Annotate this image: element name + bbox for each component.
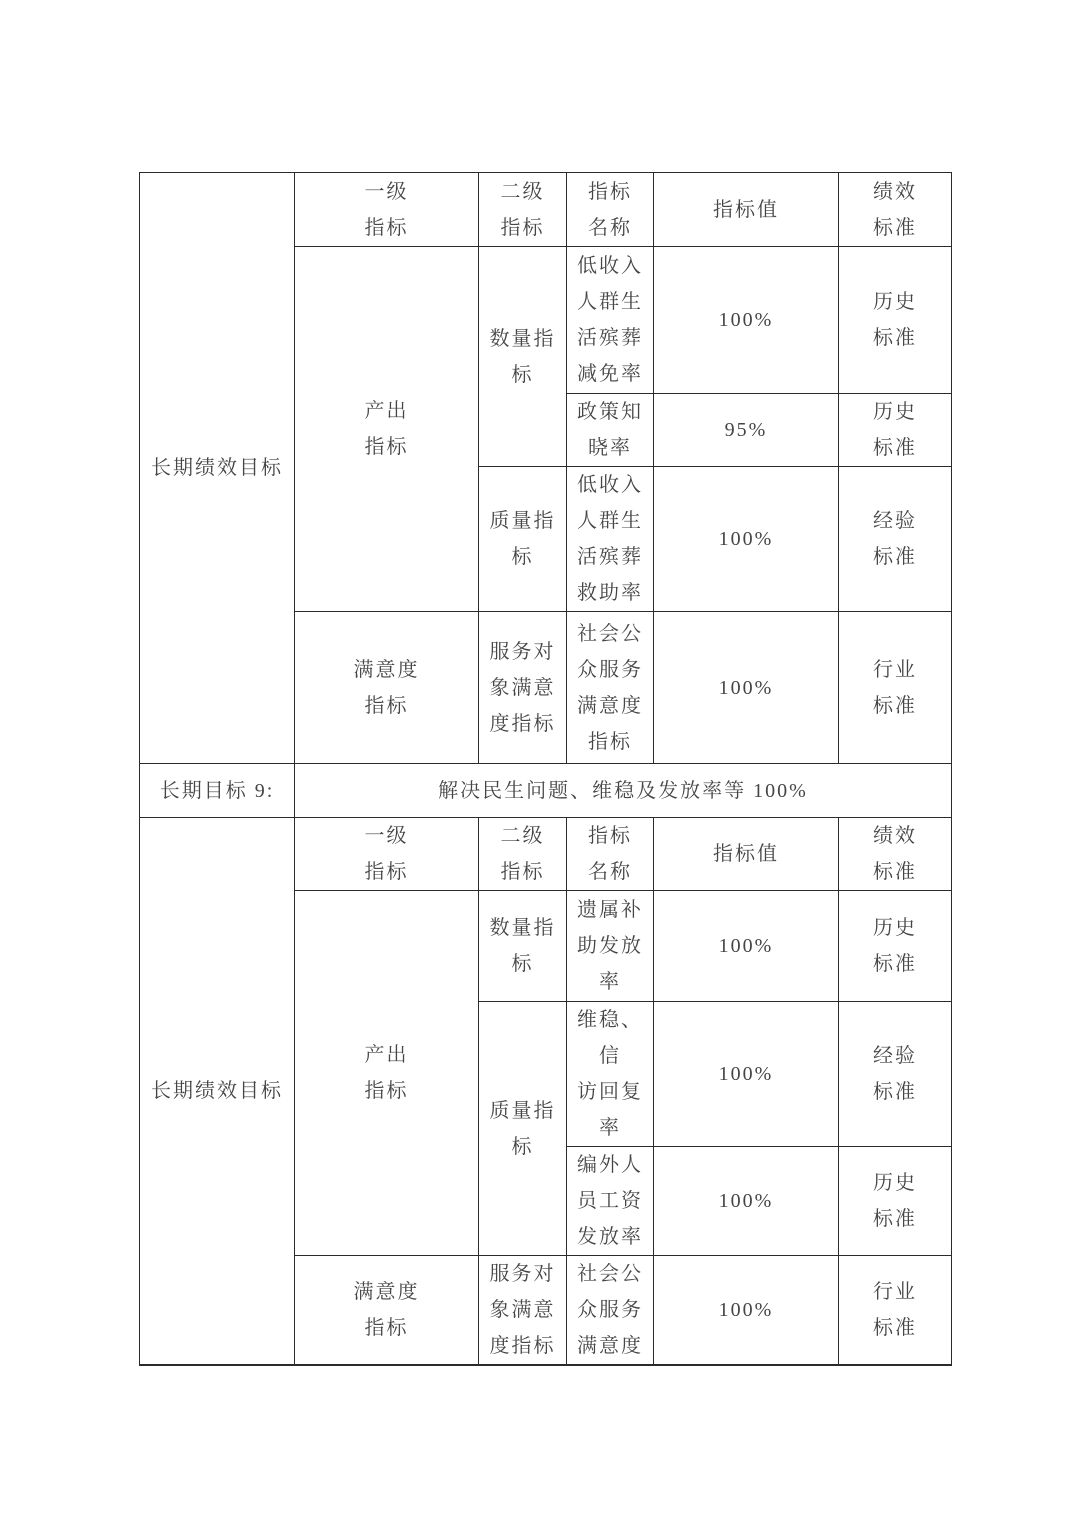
t1-level1-output-cell: 产出 指标 [295, 247, 479, 612]
t2-header-standard: 绩效 标准 [839, 818, 952, 891]
t1-standard-cell: 行业 标准 [839, 612, 952, 764]
t2-standard-cell: 历史 标准 [839, 1147, 952, 1256]
t1-header-name: 指标 名称 [567, 173, 654, 247]
t2-indicator-name-cell: 编外人 员工资 发放率 [567, 1147, 654, 1256]
t1-indicator-value-cell: 100% [654, 247, 839, 394]
t2-indicator-name-cell: 社会公 众服务 满意度 [567, 1256, 654, 1366]
t1-standard-cell: 经验 标准 [839, 467, 952, 612]
t1-header-level2: 二级 指标 [479, 173, 567, 247]
t1-indicator-value-cell: 100% [654, 612, 839, 764]
document-page: 长期绩效目标 一级 指标 二级 指标 指标 名称 指标值 绩效 标准 产出 指标… [0, 0, 1074, 1520]
t2-level1-satisfaction-cell: 满意度 指标 [295, 1256, 479, 1366]
t1-indicator-name-cell: 社会公 众服务 满意度 指标 [567, 612, 654, 764]
t2-standard-cell: 行业 标准 [839, 1256, 952, 1366]
t2-indicator-name-cell: 维稳、信 访回复 率 [567, 1002, 654, 1147]
t1-standard-cell: 历史 标准 [839, 394, 952, 467]
t1-level1-satisfaction-cell: 满意度 指标 [295, 612, 479, 764]
t2-level2-service-target-cell: 服务对 象满意 度指标 [479, 1256, 567, 1366]
t1-level2-service-target-cell: 服务对 象满意 度指标 [479, 612, 567, 764]
t2-level1-output-cell: 产出 指标 [295, 891, 479, 1256]
t2-indicator-name-cell: 遗属补 助发放 率 [567, 891, 654, 1002]
t1-header-standard: 绩效 标准 [839, 173, 952, 247]
t2-standard-cell: 历史 标准 [839, 891, 952, 1002]
t2-goal-cell: 长期绩效目标 [140, 818, 295, 1366]
t1-indicator-value-cell: 95% [654, 394, 839, 467]
t1-level2-quality-cell: 质量指 标 [479, 467, 567, 612]
t2-indicator-value-cell: 100% [654, 891, 839, 1002]
goal9-label-cell: 长期目标 9: [140, 764, 295, 818]
t2-indicator-value-cell: 100% [654, 1256, 839, 1366]
t2-header-name: 指标 名称 [567, 818, 654, 891]
t2-header-level1: 一级 指标 [295, 818, 479, 891]
t1-indicator-name-cell: 低收入 人群生 活殡葬 救助率 [567, 467, 654, 612]
goal9-value-cell: 解决民生问题、维稳及发放率等 100% [295, 764, 952, 818]
t1-goal-cell: 长期绩效目标 [140, 173, 295, 764]
t2-indicator-value-cell: 100% [654, 1147, 839, 1256]
t2-indicator-value-cell: 100% [654, 1002, 839, 1147]
t2-level2-quantity-cell: 数量指 标 [479, 891, 567, 1002]
t1-indicator-value-cell: 100% [654, 467, 839, 612]
t1-level2-quantity-cell: 数量指 标 [479, 247, 567, 467]
t1-indicator-name-cell: 低收入 人群生 活殡葬 减免率 [567, 247, 654, 394]
t2-header-value: 指标值 [654, 818, 839, 891]
performance-indicators-table: 长期绩效目标 一级 指标 二级 指标 指标 名称 指标值 绩效 标准 产出 指标… [139, 172, 952, 1366]
t1-header-level1: 一级 指标 [295, 173, 479, 247]
t1-standard-cell: 历史 标准 [839, 247, 952, 394]
t2-level2-quality-cell: 质量指 标 [479, 1002, 567, 1256]
t1-indicator-name-cell: 政策知 晓率 [567, 394, 654, 467]
t1-header-value: 指标值 [654, 173, 839, 247]
t2-header-level2: 二级 指标 [479, 818, 567, 891]
t2-standard-cell: 经验 标准 [839, 1002, 952, 1147]
